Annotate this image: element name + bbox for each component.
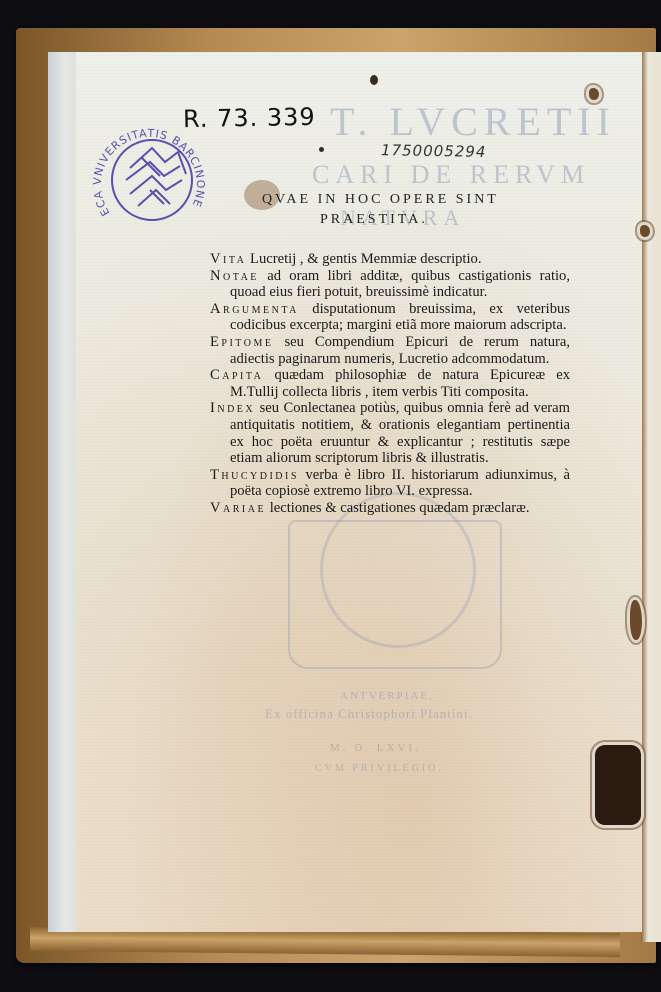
contents-entry-index: Index seu Conlectanea potiùs, quibus omn… bbox=[210, 400, 570, 466]
showthrough-printer-device bbox=[288, 520, 502, 669]
handwritten-shelfmark: R. 73. 339 bbox=[183, 103, 316, 133]
worm-hole bbox=[589, 88, 599, 100]
contents-entry-variae: Variae lectiones & castigationes quædam … bbox=[210, 500, 570, 517]
handwritten-inventory-number: 1750005294 bbox=[381, 141, 487, 161]
heading-line-1: QVAE IN HOC OPERE SINT bbox=[262, 192, 499, 207]
library-stamp: ECA VNIVERSITATIS BARCINONENS bbox=[90, 118, 208, 236]
contents-heading: QVAE IN HOC OPERE SINT PRAESTITA. bbox=[262, 190, 562, 230]
contents-entry-capita: Capita quædam philosophiæ de natura Epic… bbox=[210, 367, 570, 400]
contents-entry-thucydidis: Thucydidis verba è libro II. historiarum… bbox=[210, 467, 570, 500]
contents-entry-vita: Vita Lucretij , & gentis Memmiæ descript… bbox=[210, 251, 570, 268]
ink-spot bbox=[319, 147, 324, 152]
stamp-emblem-icon: ECA VNIVERSITATIS BARCINONENS bbox=[90, 118, 208, 236]
showthrough-imprint-4: CVM PRIVILEGIO. bbox=[315, 763, 444, 774]
adjacent-page-edge bbox=[641, 52, 661, 942]
ink-spot bbox=[370, 75, 378, 85]
contents-entry-notae: Notae ad oram libri additæ, quibus casti… bbox=[210, 268, 570, 301]
showthrough-title-1: T. LVCRETII bbox=[330, 98, 616, 145]
showthrough-title-2: CARI DE RERVM bbox=[312, 160, 590, 190]
showthrough-imprint-3: M. D. LXVI. bbox=[330, 742, 421, 754]
worm-hole bbox=[595, 745, 641, 825]
worm-hole bbox=[630, 600, 642, 640]
showthrough-imprint-1: ANTVERPIAE, bbox=[340, 690, 434, 702]
contents-list: Vita Lucretij , & gentis Memmiæ descript… bbox=[210, 251, 570, 517]
contents-entry-epitome: Epitome seu Compendium Epicuri de rerum … bbox=[210, 334, 570, 367]
showthrough-imprint-2: Ex officina Christophori Plantini. bbox=[265, 706, 473, 722]
worm-hole bbox=[640, 225, 650, 237]
contents-entry-argumenta: Argumenta disputationum breuissima, ex v… bbox=[210, 301, 570, 334]
heading-line-2: PRAESTITA. bbox=[262, 210, 562, 230]
